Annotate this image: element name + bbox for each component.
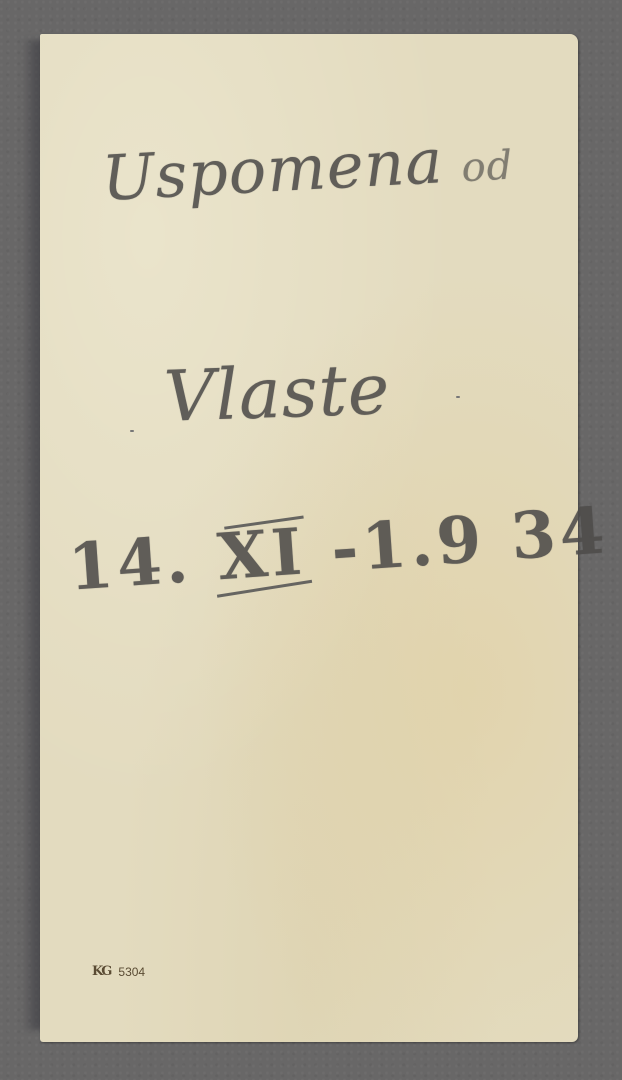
date-month-roman: XI xyxy=(215,514,308,595)
handwriting-line-name: Vlaste xyxy=(163,348,392,438)
memorial-card: Uspomenaod Vlaste 14. XI -1.9 34 KG 5304 xyxy=(40,34,578,1042)
handwriting-word-uspomena: Uspomena xyxy=(100,124,445,215)
publisher-imprint: KG 5304 xyxy=(92,964,145,979)
card-number: 5304 xyxy=(118,965,145,979)
publisher-logo-icon: KG xyxy=(92,964,110,979)
date-day: 14. xyxy=(66,522,194,605)
date-year: -1.9 34 xyxy=(329,493,611,587)
card-shadow xyxy=(22,40,42,1030)
pencil-mark xyxy=(130,430,134,432)
handwriting-word-od: od xyxy=(460,143,514,192)
handwriting-line-uspomena: Uspomenaod xyxy=(100,121,514,215)
pencil-mark xyxy=(456,396,460,398)
handwriting-line-date: 14. XI -1.9 34 xyxy=(66,493,611,606)
